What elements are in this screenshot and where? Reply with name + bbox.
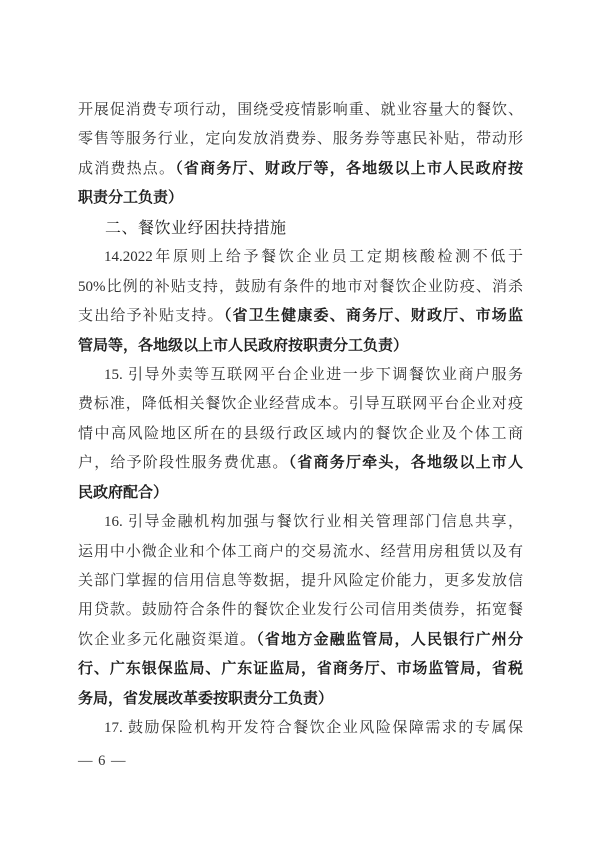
body-text: 开展促消费专项行动，围绕受疫情影响重、就业容量大的餐饮、	[78, 102, 523, 118]
responsible-department-note: （省商务厅、财政厅等，各地级以上市人民政府按	[175, 161, 523, 177]
body-text: 运用中小微企业和个体工商户的交易流水、经营用房租赁以及有	[78, 544, 523, 560]
item-15-line-4: 户，给予阶段性服务费优惠。（省商务厅牵头，各地级以上市人	[78, 449, 523, 478]
paragraph-continuation-line-1: 开展促消费专项行动，围绕受疫情影响重、就业容量大的餐饮、	[78, 96, 523, 125]
responsible-department-note: 行、广东银保监局、广东证监局，省商务厅、市场监管局，省税	[78, 661, 523, 677]
item-16-line-1: 16. 引导金融机构加强与餐饮行业相关管理部门信息共享，	[78, 508, 523, 537]
responsible-department-note: 职责分工负责）	[78, 190, 183, 206]
item-15-line-3: 情中高风险地区所在的县级行政区域内的餐饮企业及个体工商	[78, 420, 523, 449]
body-text: 费标准，降低相关餐饮企业经营成本。引导互联网平台企业对疫	[78, 396, 523, 412]
body-text: 50%比例的补贴支持，鼓励有条件的地市对餐饮企业防疫、消杀	[78, 279, 523, 295]
item-15-line-1: 15. 引导外卖等互联网平台企业进一步下调餐饮业商户服务	[78, 361, 523, 390]
document-page: 开展促消费专项行动，围绕受疫情影响重、就业容量大的餐饮、零售等服务行业，定向发放…	[0, 0, 600, 848]
item-14-line-3: 支出给予补贴支持。（省卫生健康委、商务厅、财政厅、市场监	[78, 302, 523, 331]
item-16-line-7: 务局，省发展改革委按职责分工负责）	[78, 685, 523, 714]
item-16-line-2: 运用中小微企业和个体工商户的交易流水、经营用房租赁以及有	[78, 538, 523, 567]
body-text: 17. 鼓励保险机构开发符合餐饮企业风险保障需求的专属保	[104, 720, 523, 736]
item-17-line-1: 17. 鼓励保险机构开发符合餐饮企业风险保障需求的专属保	[78, 714, 523, 743]
item-16-line-5: 饮企业多元化融资渠道。（省地方金融监管局，人民银行广州分	[78, 626, 523, 655]
paragraph-continuation-line-3: 成消费热点。（省商务厅、财政厅等，各地级以上市人民政府按	[78, 155, 523, 184]
body-text: 成消费热点。	[78, 161, 175, 177]
document-body: 开展促消费专项行动，围绕受疫情影响重、就业容量大的餐饮、零售等服务行业，定向发放…	[78, 96, 523, 744]
body-text: 支出给予补贴支持。	[78, 308, 224, 324]
item-16-line-6: 行、广东银保监局、广东证监局，省商务厅、市场监管局，省税	[78, 655, 523, 684]
responsible-department-note: 管局等，各地级以上市人民政府按职责分工负责）	[78, 338, 408, 354]
body-text: 户，给予阶段性服务费优惠。	[78, 455, 289, 471]
responsible-department-note: 务局，省发展改革委按职责分工负责）	[78, 691, 333, 707]
body-text: 关部门掌握的信用信息等数据，提升风险定价能力，更多发放信	[78, 573, 523, 589]
body-text: 情中高风险地区所在的县级行政区域内的餐饮企业及个体工商	[78, 426, 523, 442]
responsible-department-note: （省卫生健康委、商务厅、财政厅、市场监	[224, 308, 523, 324]
item-14-line-4: 管局等，各地级以上市人民政府按职责分工负责）	[78, 332, 523, 361]
paragraph-continuation-line-4: 职责分工负责）	[78, 184, 523, 213]
responsible-department-note: 民政府配合）	[78, 485, 168, 501]
body-text: 15. 引导外卖等互联网平台企业进一步下调餐饮业商户服务	[104, 367, 523, 383]
section-heading-line-1: 二、餐饮业纾困扶持措施	[78, 214, 523, 243]
body-text: 零售等服务行业，定向发放消费券、服务券等惠民补贴，带动形	[78, 131, 523, 147]
item-14-line-2: 50%比例的补贴支持，鼓励有条件的地市对餐饮企业防疫、消杀	[78, 273, 523, 302]
body-text: 16. 引导金融机构加强与餐饮行业相关管理部门信息共享，	[104, 514, 523, 530]
item-16-line-4: 用贷款。鼓励符合条件的餐饮企业发行公司信用类债券，拓宽餐	[78, 596, 523, 625]
body-text: 14.2022年原则上给予餐饮企业员工定期核酸检测不低于	[104, 249, 523, 265]
item-15-line-2: 费标准，降低相关餐饮企业经营成本。引导互联网平台企业对疫	[78, 390, 523, 419]
item-15-line-5: 民政府配合）	[78, 479, 523, 508]
body-text: 用贷款。鼓励符合条件的餐饮企业发行公司信用类债券，拓宽餐	[78, 602, 523, 618]
paragraph-continuation-line-2: 零售等服务行业，定向发放消费券、服务券等惠民补贴，带动形	[78, 125, 523, 154]
page-number: — 6 —	[78, 751, 127, 771]
item-14-line-1: 14.2022年原则上给予餐饮企业员工定期核酸检测不低于	[78, 243, 523, 272]
responsible-department-note: （省地方金融监管局，人民银行广州分	[256, 632, 523, 648]
item-16-line-3: 关部门掌握的信用信息等数据，提升风险定价能力，更多发放信	[78, 567, 523, 596]
section-heading-text: 二、餐饮业纾困扶持措施	[105, 220, 287, 237]
responsible-department-note: （省商务厅牵头，各地级以上市人	[289, 455, 523, 471]
body-text: 饮企业多元化融资渠道。	[78, 632, 256, 648]
